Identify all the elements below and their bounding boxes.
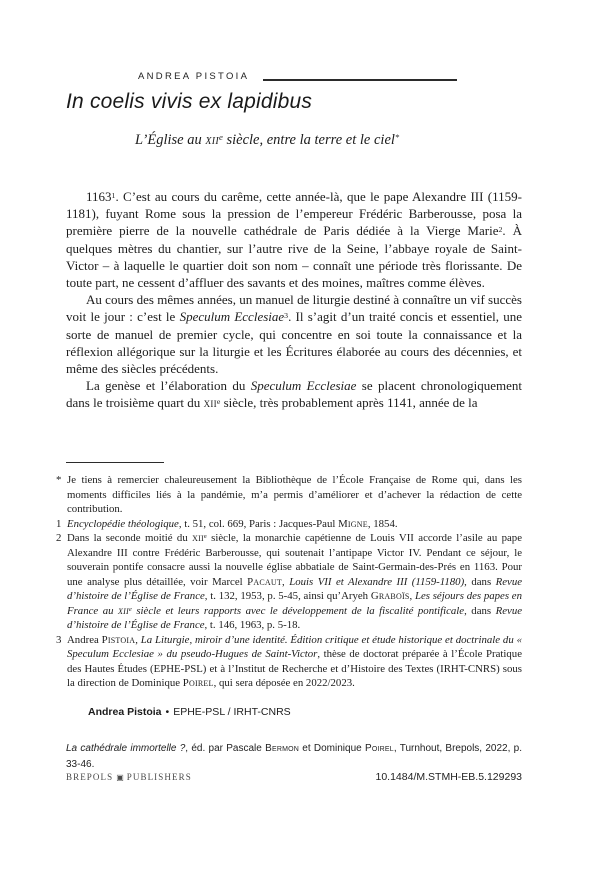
footnote: 1Encyclopédie théologique, t. 51, col. 6… [56, 517, 522, 532]
brepols-mark-icon: ▣ [116, 773, 124, 782]
footnotes: *Je tiens à remercier chaleureusement la… [56, 473, 522, 691]
running-head-author: ANDREA PISTOIA [138, 71, 249, 82]
body-text: 11631. C’est au cours du carême, cette a… [66, 188, 522, 412]
publisher-brand: BREPOLS▣PUBLISHERS [66, 772, 192, 782]
footnote: 2Dans la seconde moitié du xiie siècle, … [56, 531, 522, 633]
footnote-separator-rule [66, 462, 164, 463]
footnote-text: Andrea Pistoia, La Liturgie, miroir d’un… [67, 634, 522, 690]
footnote-text: Dans la seconde moitié du xiie siècle, l… [67, 532, 522, 631]
footnote-marker: 1 [56, 517, 67, 532]
body-paragraph: Au cours des mêmes années, un manuel de … [66, 291, 522, 377]
footnote-text: Encyclopédie théologique, t. 51, col. 66… [67, 518, 398, 530]
volume-citation: La cathédrale immortelle ?, éd. par Pasc… [66, 741, 522, 772]
bullet-separator: • [166, 706, 170, 718]
body-paragraph: 11631. C’est au cours du carême, cette a… [66, 188, 522, 291]
author-affiliation: EPHE-PSL / IRHT-CNRS [173, 706, 290, 718]
footnote-marker: 2 [56, 531, 67, 546]
document-page: ANDREA PISTOIA In coelis vivis ex lapidi… [0, 0, 589, 884]
publisher-brand-left: BREPOLS [66, 772, 113, 782]
doi-number: 10.1484/M.STMH-EB.5.129293 [376, 771, 523, 783]
footnote-text: Je tiens à remercier chaleureusement la … [67, 474, 522, 515]
footnote-marker: 3 [56, 633, 67, 648]
article-subtitle: L’Église au xiie siècle, entre la terre … [135, 132, 399, 149]
publisher-brand-right: PUBLISHERS [127, 772, 192, 782]
footnote: 3Andrea Pistoia, La Liturgie, miroir d’u… [56, 633, 522, 691]
footnote: *Je tiens à remercier chaleureusement la… [56, 473, 522, 517]
footnote-marker: * [56, 473, 67, 488]
author-name: Andrea Pistoia [88, 706, 162, 718]
publisher-footer: BREPOLS▣PUBLISHERS 10.1484/M.STMH-EB.5.1… [66, 771, 522, 783]
body-paragraph: La genèse et l’élaboration du Speculum E… [66, 377, 522, 411]
article-title: In coelis vivis ex lapidibus [66, 90, 312, 114]
running-head-rule [263, 79, 457, 81]
author-affiliation-line: Andrea Pistoia•EPHE-PSL / IRHT-CNRS [88, 706, 291, 718]
